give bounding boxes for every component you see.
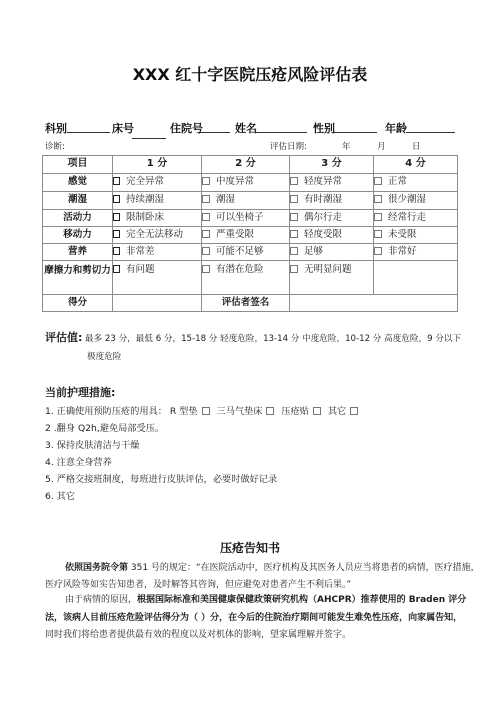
score-label: 得分 [43,295,113,312]
notice-title: 压疮告知书 [0,541,500,556]
option-cell[interactable]: 轻度受限 [290,227,374,244]
table-row: 潮湿 持续潮湿 潮湿 有时潮湿 很少潮湿 [43,192,458,210]
option-label: 轻度异常 [304,176,342,187]
option-label: 未受限 [388,229,417,240]
option-cell[interactable]: 完全异常 [113,174,202,192]
assessor-signature-label: 评估者签名 [202,295,290,312]
bed-field[interactable] [132,138,166,139]
row-label-mobility: 移动力 [43,227,113,244]
text-segment: 法，该病人目前压疮危险评估得分为（ ）分，在今后的住院治疗期间可能发生难免性压疮… [45,613,462,623]
option-label: 可以坐椅子 [216,212,264,223]
assessment-date-label: 评估日期: [270,141,307,153]
list-item: 5. 严格交接班制度，每班进行皮肤评估，必要时做好记录 [45,471,362,488]
department-field[interactable] [67,132,110,133]
option-label: 完全无法移动 [126,229,183,240]
diagnosis-label: 诊断: [45,141,65,153]
month-label: 月 [377,141,386,153]
header-item: 项目 [43,156,113,174]
measure-text: 1. 正确使用预防压疮的用具： [45,406,167,417]
list-item: 2 .翻身 Q2h,避免局部受压。 [45,420,362,437]
option-label: R 型垫 [170,406,198,417]
option-label: 无明显问题 [304,264,352,275]
checkbox-icon[interactable] [374,213,382,221]
checkbox-icon[interactable] [113,230,120,238]
option-label: 有问题 [126,264,155,275]
checkbox-icon[interactable] [266,407,274,415]
text-segment: 依照国务院令第 [65,563,128,573]
admission-no-field[interactable] [200,132,230,133]
assessor-signature-field[interactable] [290,295,458,312]
score-field[interactable] [113,295,202,312]
option-cell[interactable]: 中度异常 [202,174,290,192]
option-label: 持续潮湿 [126,194,164,205]
option-label: 有时潮湿 [304,194,342,205]
option-cell[interactable]: 严重受限 [202,227,290,244]
bed-label: 床号 [112,122,134,136]
option-cell[interactable]: 轻度异常 [290,174,374,192]
option-cell[interactable]: 足够 [290,244,374,261]
nursing-measures-list: 1. 正确使用预防压疮的用具： R 型垫 三马气垫床 压疮贴 其它 2 .翻身 … [45,403,362,505]
option-label: 非常好 [388,246,417,257]
department-label: 科别 [45,122,67,136]
option-cell[interactable]: 有时潮湿 [290,192,374,210]
option-cell[interactable]: 可能不足够 [202,244,290,261]
text-segment: 根据国际标准和美国健康保健政策研究机构（AHCPR）推荐使用的 Braden 评… [137,595,466,605]
option-label: 正常 [388,176,407,187]
checkbox-icon[interactable] [202,247,210,255]
name-field[interactable] [256,132,307,133]
option-cell[interactable]: 非常差 [113,244,202,261]
checkbox-icon[interactable] [202,265,210,273]
option-cell[interactable]: 很少潮湿 [374,192,458,210]
option-label: 偶尔行走 [304,212,342,223]
row-label-activity: 活动力 [43,210,113,227]
option-cell[interactable]: 限制卧床 [113,210,202,227]
option-label: 限制卧床 [126,212,164,223]
option-cell[interactable]: 完全无法移动 [113,227,202,244]
list-item: 4. 注意全身营养 [45,454,362,471]
checkbox-icon[interactable] [374,247,382,255]
option-label: 非常差 [126,246,155,257]
braden-assessment-table: 项目 1 分 2 分 3 分 4 分 感觉 完全异常 中度异常 轻度异常 正常 … [42,155,458,312]
checkbox-icon[interactable] [113,195,120,203]
option-cell[interactable]: 潮湿 [202,192,290,210]
document-title: XXX 红十字医院压疮风险评估表 [0,64,500,86]
empty-cell [374,261,458,295]
gender-field[interactable] [334,132,377,133]
table-row: 摩擦力和剪切力 有问题 有潜在危险 无明显问题 [43,261,458,295]
option-cell[interactable]: 有潜在危险 [202,261,290,295]
list-item: 3. 保持皮肤清洁与干燥 [45,437,362,454]
option-label: 压疮贴 [281,406,309,417]
header-score-4: 4 分 [374,156,458,174]
row-label-sensory: 感觉 [43,174,113,192]
option-cell[interactable]: 正常 [374,174,458,192]
option-cell[interactable]: 偶尔行走 [290,210,374,227]
checkbox-icon[interactable] [113,177,120,185]
option-cell[interactable]: 可以坐椅子 [202,210,290,227]
checkbox-icon[interactable] [113,265,120,273]
option-cell[interactable]: 持续潮湿 [113,192,202,210]
option-label: 完全异常 [126,176,164,187]
checkbox-icon[interactable] [374,230,382,238]
option-cell[interactable]: 无明显问题 [290,261,374,295]
header-score-3: 3 分 [290,156,374,174]
option-label: 轻度受限 [304,229,342,240]
name-label: 姓名 [235,122,257,136]
checkbox-icon[interactable] [350,407,358,415]
year-label: 年 [342,141,351,153]
notice-paragraph-2-line-2: 法，该病人目前压疮危险评估得分为（ ）分，在今后的住院治疗期间可能发生难免性压疮… [45,612,455,624]
option-label: 中度异常 [216,176,254,187]
table-row: 感觉 完全异常 中度异常 轻度异常 正常 [43,174,458,192]
checkbox-icon[interactable] [202,230,210,238]
table-header-row: 项目 1 分 2 分 3 分 4 分 [43,156,458,174]
checkbox-icon[interactable] [290,213,298,221]
header-score-2: 2 分 [202,156,290,174]
row-label-nutrition: 营养 [43,244,113,261]
option-cell[interactable]: 非常好 [374,244,458,261]
checkbox-icon[interactable] [202,213,210,221]
age-label: 年龄 [385,122,407,136]
text-segment: 由于病情的原因， [65,595,137,605]
table-row: 活动力 限制卧床 可以坐椅子 偶尔行走 经常行走 [43,210,458,227]
table-row: 移动力 完全无法移动 严重受限 轻度受限 未受限 [43,227,458,244]
evaluation-text-line-1: 最多 23 分，最低 6 分，15-18 分 轻度危险，13-14 分 中度危险… [85,333,461,345]
option-label: 经常行走 [388,212,426,223]
checkbox-icon[interactable] [374,177,382,185]
text-segment: 医疗风险等如实告知患者，及时解答其咨询，但应避免对患者产生不利后果。” [45,580,351,590]
notice-paragraph-1-line-1: 依照国务院令第 351 号的规定：“在医院活动中，医疗机构及其医务人员应当将患者… [65,562,455,574]
checkbox-icon[interactable] [290,265,298,273]
evaluation-label: 评估值: [45,331,82,345]
checkbox-icon[interactable] [374,195,382,203]
option-cell[interactable]: 经常行走 [374,210,458,227]
option-label: 可能不足够 [216,246,264,257]
option-label: 很少潮湿 [388,194,426,205]
notice-paragraph-2-line-1: 由于病情的原因，根据国际标准和美国健康保健政策研究机构（AHCPR）推荐使用的 … [65,594,455,606]
checkbox-icon[interactable] [113,247,120,255]
text-segment: 同时我们将给患者提供最有效的程度以及对机体的影响，望家属理解并签字。 [45,630,351,640]
notice-paragraph-2-line-3: 同时我们将给患者提供最有效的程度以及对机体的影响，望家属理解并签字。 [45,629,455,641]
gender-label: 性别 [313,122,335,136]
option-cell[interactable]: 未受限 [374,227,458,244]
nursing-measures-title: 当前护理措施: [45,386,115,400]
option-label: 潮湿 [216,194,235,205]
table-score-row: 得分 评估者签名 [43,295,458,312]
checkbox-icon[interactable] [202,195,210,203]
checkbox-icon[interactable] [202,407,210,415]
option-cell[interactable]: 有问题 [113,261,202,295]
text-segment: 351 号的规定：“在医院活动中，医疗机构及其医务人员应当将患者的病情，医疗措施… [128,563,480,573]
checkbox-icon[interactable] [290,177,298,185]
header-score-1: 1 分 [113,156,202,174]
admission-no-label: 住院号 [170,122,203,136]
option-label: 其它 [328,406,346,417]
checkbox-icon[interactable] [290,195,298,203]
age-field[interactable] [406,132,455,133]
evaluation-text-line-2: 极度危险 [87,351,121,363]
day-label: 日 [412,141,421,153]
checkbox-icon[interactable] [202,177,210,185]
list-item: 6. 其它 [45,488,362,505]
option-label: 三马气垫床 [216,406,262,417]
checkbox-icon[interactable] [313,407,321,415]
list-item: 1. 正确使用预防压疮的用具： R 型垫 三马气垫床 压疮贴 其它 [45,403,362,420]
row-label-friction-shear: 摩擦力和剪切力 [43,261,113,295]
option-label: 严重受限 [216,229,254,240]
checkbox-icon[interactable] [290,247,298,255]
notice-paragraph-1-line-2: 医疗风险等如实告知患者，及时解答其咨询，但应避免对患者产生不利后果。” [45,579,455,591]
row-label-moisture: 潮湿 [43,192,113,210]
option-label: 有潜在危险 [216,264,264,275]
checkbox-icon[interactable] [290,230,298,238]
table-row: 营养 非常差 可能不足够 足够 非常好 [43,244,458,261]
checkbox-icon[interactable] [113,213,120,221]
option-label: 足够 [304,246,323,257]
